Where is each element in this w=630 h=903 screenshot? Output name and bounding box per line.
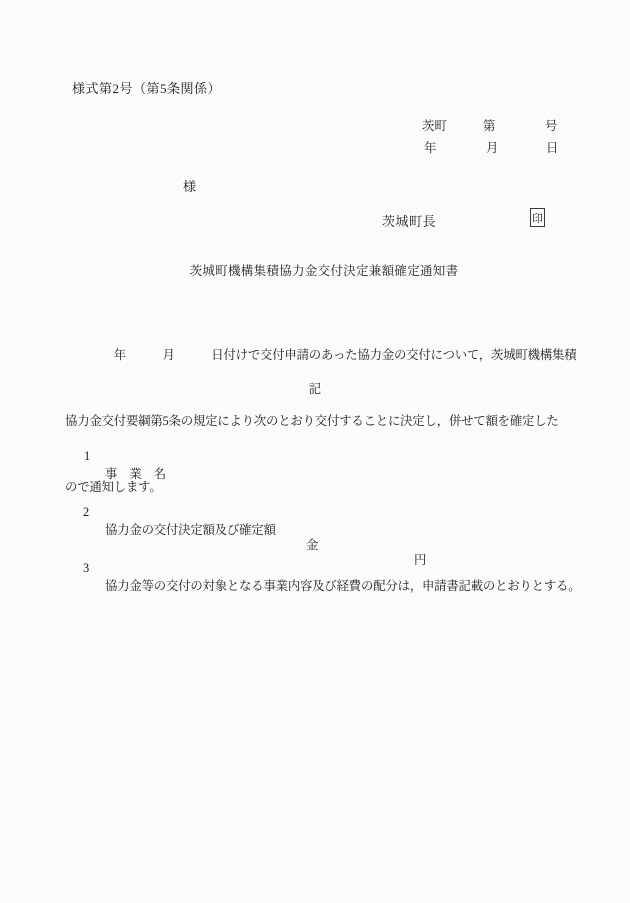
item-1-label: 事 業 名	[105, 464, 166, 482]
doc-number-agency: 茨町	[422, 116, 447, 134]
item-business-name: 1 事 業 名	[0, 434, 630, 450]
seal-mark: 印	[530, 208, 545, 227]
item-2-number: 2	[83, 505, 89, 520]
record-heading: 記	[0, 379, 630, 397]
item-1-number: 1	[84, 449, 90, 464]
form-number: 様式第2号（第5条関係）	[72, 78, 221, 97]
addressee-honorific: 様	[183, 176, 196, 195]
item-3-number: 3	[83, 561, 89, 576]
item-grant-amount: 2 協力金の交付決定額及び確定額 金 円	[0, 490, 630, 506]
doc-number-prefix: 第	[483, 116, 495, 134]
item-allocation-note: 3 協力金等の交付の対象となる事業内容及び経費の配分は，申請書記載のとおりとする…	[0, 546, 630, 562]
body-line-1: 年 月 日付けで交付申請のあった協力金の交付について，茨城町機構集積	[65, 344, 575, 366]
item-3-label: 協力金等の交付の対象となる事業内容及び経費の配分は，申請書記載のとおりとする。	[105, 576, 580, 594]
date-month-label: 月	[486, 138, 498, 156]
date-day-label: 日	[546, 138, 558, 156]
doc-number-suffix: 号	[545, 116, 557, 134]
item-2-label: 協力金の交付決定額及び確定額	[105, 520, 276, 538]
body-line-2: 協力金交付要綱第5条の規定により次のとおり交付することに決定し，併せて額を確定し…	[65, 410, 575, 432]
notice-document-page: 様式第2号（第5条関係） 茨町 第 号 年 月 日 様 茨城町長 印 茨城町機構…	[0, 0, 630, 903]
document-title: 茨城町機構集積協力金交付決定兼額確定通知書	[0, 261, 630, 279]
sender-title: 茨城町長	[382, 211, 436, 230]
date-year-label: 年	[424, 138, 436, 156]
